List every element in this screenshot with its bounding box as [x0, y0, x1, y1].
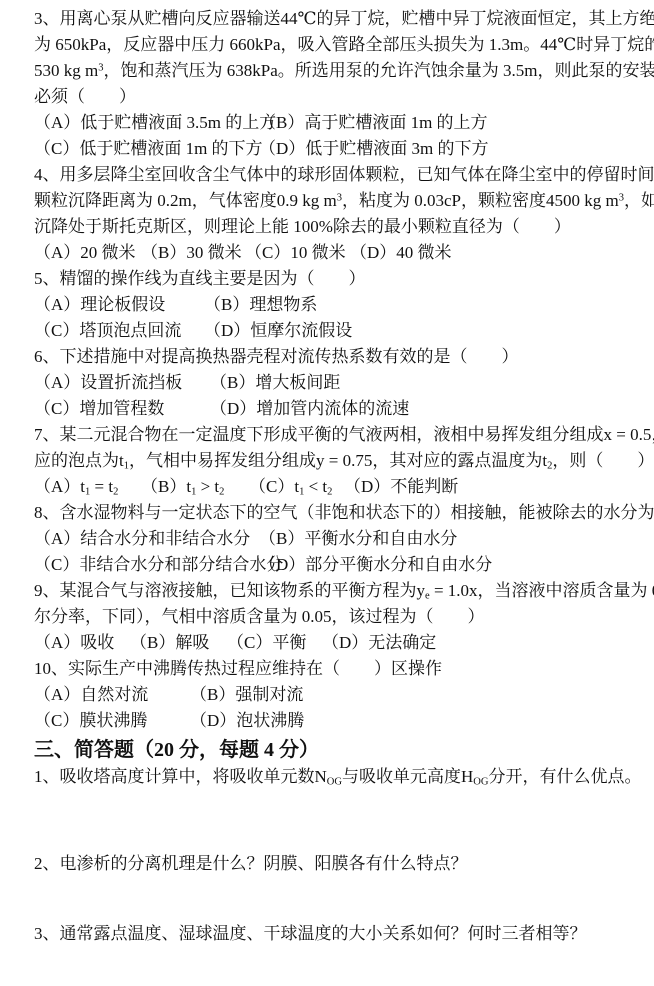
answer-space-1 — [34, 790, 636, 851]
question-6-options-row-1: （A）设置折流挡板 （B）增大板间距 — [34, 370, 636, 396]
question-10-option-c: （C）膜状沸腾 — [34, 708, 190, 734]
question-7-option-a: （A）t1 = t2 — [34, 474, 141, 500]
question-10-option-b: （B）强制对流 — [190, 682, 636, 708]
section-title: 三、简答题（20 分，每题 4 分） — [34, 736, 636, 764]
question-4-line-1: 4、用多层降尘室回收含尘气体中的球形固体颗粒，已知气体在降尘室中的停留时间为 6… — [34, 162, 636, 188]
question-6-line-1: 6、下述措施中对提高换热器壳程对流传热系数有效的是（ ） — [34, 344, 636, 370]
short-answer-question-3: 3、通常露点温度、湿球温度、干球温度的大小关系如何？何时三者相等？ — [34, 921, 636, 947]
question-4: 4、用多层降尘室回收含尘气体中的球形固体颗粒，已知气体在降尘室中的停留时间为 6… — [34, 162, 636, 266]
question-5-option-b: （B）理想物系 — [204, 292, 636, 318]
question-7-option-c: （C）t1 < t2 — [249, 474, 344, 500]
question-3: 3、用离心泵从贮槽向反应器输送44℃的异丁烷，贮槽中异丁烷液面恒定，其上方绝对压… — [34, 6, 636, 162]
question-4-option-a: （A）20 微米 — [34, 240, 141, 266]
question-4-option-d: （D）40 微米 — [350, 240, 636, 266]
question-3-option-b: （B）高于贮槽液面 1m 的上方 — [259, 110, 636, 136]
question-6-options-row-2: （C）增加管程数 （D）增加管内流体的流速 — [34, 396, 636, 422]
question-5-line-1: 5、精馏的操作线为直线主要是因为（ ） — [34, 266, 636, 292]
question-4-option-b: （B）30 微米 — [141, 240, 245, 266]
question-7: 7、某二元混合物在一定温度下形成平衡的气液两相，液相中易挥发组分组成x = 0.… — [34, 422, 636, 500]
exam-document: { "colors": { "text": "#111111", "backgr… — [0, 0, 654, 986]
question-5-options-row-1: （A）理论板假设 （B）理想物系 — [34, 292, 636, 318]
question-3-option-d: （D）低于贮槽液面 3m 的下方 — [259, 136, 636, 162]
question-6-option-a: （A）设置折流挡板 — [34, 370, 210, 396]
question-3-line-3: 530 kg m3，饱和蒸汽压为 638kPa。所选用泵的允许汽蚀余量为 3.5… — [34, 58, 636, 84]
question-10: 10、实际生产中沸腾传热过程应维持在（ ）区操作 （A）自然对流 （B）强制对流… — [34, 656, 636, 734]
question-3-option-a: （A）低于贮槽液面 3.5m 的上方 — [34, 110, 259, 136]
short-answer-question-2: 2、电渗析的分离机理是什么？阴膜、阳膜各有什么特点？ — [34, 851, 636, 877]
question-6: 6、下述措施中对提高换热器壳程对流传热系数有效的是（ ） （A）设置折流挡板 （… — [34, 344, 636, 422]
question-9-option-c: （C）平衡 — [227, 630, 322, 656]
question-9-line-2: 尔分率，下同），气相中溶质含量为 0.05，该过程为（ ） — [34, 604, 636, 630]
answer-space-2 — [34, 877, 636, 921]
question-10-line-1: 10、实际生产中沸腾传热过程应维持在（ ）区操作 — [34, 656, 636, 682]
question-9-option-b: （B）解吸 — [130, 630, 227, 656]
question-8-option-a: （A）结合水分和非结合水分 — [34, 526, 259, 552]
question-6-option-c: （C）增加管程数 — [34, 396, 210, 422]
question-9-option-d: （D）无法确定 — [322, 630, 636, 656]
question-3-line-1: 3、用离心泵从贮槽向反应器输送44℃的异丁烷，贮槽中异丁烷液面恒定，其上方绝对压… — [34, 6, 636, 32]
question-5-option-d: （D）恒摩尔流假设 — [204, 318, 636, 344]
question-3-option-c: （C）低于贮槽液面 1m 的下方 — [34, 136, 259, 162]
question-9-line-1: 9、某混合气与溶液接触，已知该物系的平衡方程为ye = 1.0x，当溶液中溶质含… — [34, 578, 636, 604]
question-4-line-2: 颗粒沉降距离为 0.2m，气体密度0.9 kg m3，粘度为 0.03cP，颗粒… — [34, 188, 636, 214]
question-8-line-1: 8、含水湿物料与一定状态下的空气（非饱和状态下的）相接触，能被除去的水分为（ ） — [34, 500, 636, 526]
question-10-option-d: （D）泡状沸腾 — [190, 708, 636, 734]
question-3-options-row-2: （C）低于贮槽液面 1m 的下方 （D）低于贮槽液面 3m 的下方 — [34, 136, 636, 162]
question-7-option-b: （B）t1 > t2 — [141, 474, 249, 500]
question-7-line-1: 7、某二元混合物在一定温度下形成平衡的气液两相，液相中易挥发组分组成x = 0.… — [34, 422, 636, 448]
question-8-option-d: （D）部分平衡水分和自由水分 — [259, 552, 636, 578]
question-5: 5、精馏的操作线为直线主要是因为（ ） （A）理论板假设 （B）理想物系 （C）… — [34, 266, 636, 344]
short-answer-question-1: 1、吸收塔高度计算中，将吸收单元数NOG与吸收单元高度HOG分开，有什么优点。 — [34, 764, 636, 790]
short-answer-section: 三、简答题（20 分，每题 4 分） 1、吸收塔高度计算中，将吸收单元数NOG与… — [34, 736, 636, 947]
question-4-options-row-1: （A）20 微米 （B）30 微米 （C）10 微米 （D）40 微米 — [34, 240, 636, 266]
question-9-options-row-1: （A）吸收 （B）解吸 （C）平衡 （D）无法确定 — [34, 630, 636, 656]
question-8-options-row-2: （C）非结合水分和部分结合水分 （D）部分平衡水分和自由水分 — [34, 552, 636, 578]
question-8: 8、含水湿物料与一定状态下的空气（非饱和状态下的）相接触，能被除去的水分为（ ）… — [34, 500, 636, 578]
question-7-line-2: 应的泡点为t1，气相中易挥发组分组成y = 0.75，其对应的露点温度为t2，则… — [34, 448, 636, 474]
question-3-line-2: 为 650kPa，反应器中压力 660kPa，吸入管路全部压头损失为 1.3m。… — [34, 32, 636, 58]
question-8-option-c: （C）非结合水分和部分结合水分 — [34, 552, 259, 578]
question-3-line-4: 必须（ ） — [34, 84, 636, 110]
question-9-option-a: （A）吸收 — [34, 630, 130, 656]
question-4-option-c: （C）10 微米 — [245, 240, 350, 266]
question-10-options-row-2: （C）膜状沸腾 （D）泡状沸腾 — [34, 708, 636, 734]
question-7-option-d: （D）不能判断 — [344, 474, 636, 500]
question-5-option-a: （A）理论板假设 — [34, 292, 204, 318]
question-6-option-b: （B）增大板间距 — [210, 370, 636, 396]
question-8-option-b: （B）平衡水分和自由水分 — [259, 526, 636, 552]
question-8-options-row-1: （A）结合水分和非结合水分 （B）平衡水分和自由水分 — [34, 526, 636, 552]
question-3-options-row-1: （A）低于贮槽液面 3.5m 的上方 （B）高于贮槽液面 1m 的上方 — [34, 110, 636, 136]
question-5-option-c: （C）塔顶泡点回流 — [34, 318, 204, 344]
question-7-options-row-1: （A）t1 = t2 （B）t1 > t2 （C）t1 < t2 （D）不能判断 — [34, 474, 636, 500]
question-6-option-d: （D）增加管内流体的流速 — [210, 396, 636, 422]
question-10-option-a: （A）自然对流 — [34, 682, 190, 708]
question-9: 9、某混合气与溶液接触，已知该物系的平衡方程为ye = 1.0x，当溶液中溶质含… — [34, 578, 636, 656]
question-10-options-row-1: （A）自然对流 （B）强制对流 — [34, 682, 636, 708]
question-5-options-row-2: （C）塔顶泡点回流 （D）恒摩尔流假设 — [34, 318, 636, 344]
question-4-line-3: 沉降处于斯托克斯区，则理论上能 100%除去的最小颗粒直径为（ ） — [34, 214, 636, 240]
